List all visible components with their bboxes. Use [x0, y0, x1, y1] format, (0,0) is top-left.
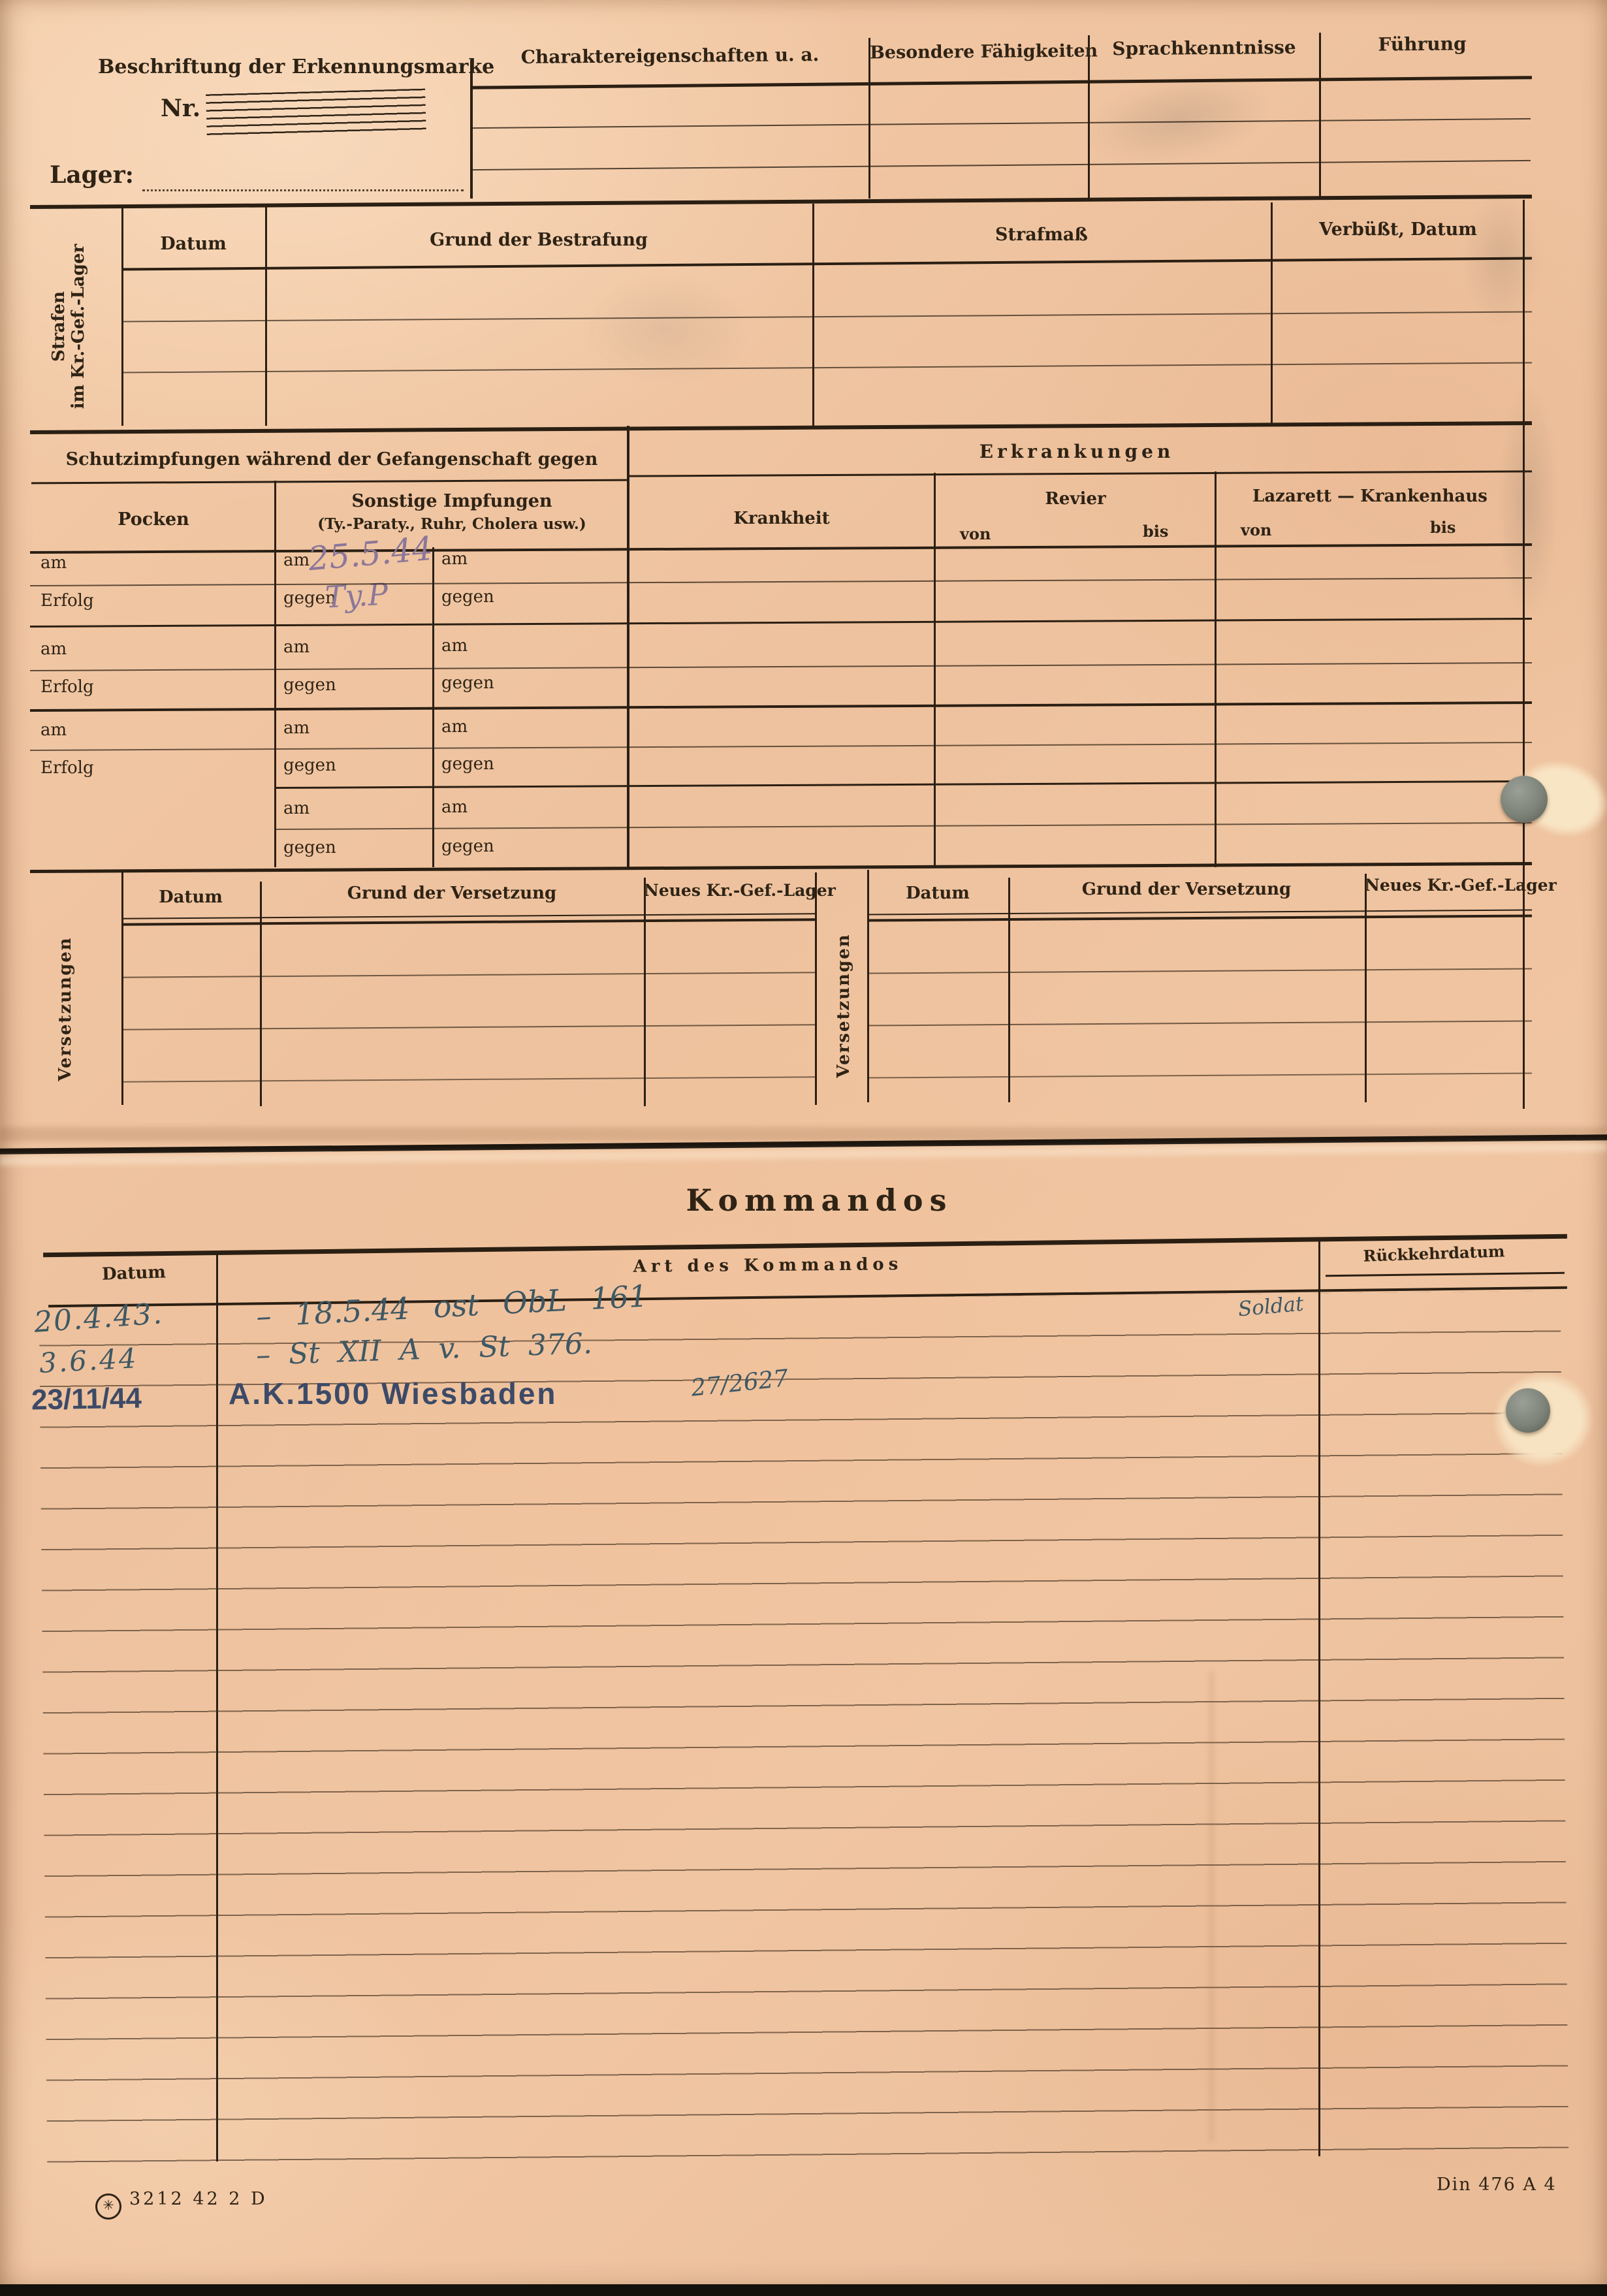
versetzungen-col-datum: Datum [121, 888, 260, 908]
row-line [867, 1020, 1532, 1026]
impfungen-col-sonstige-line2: (Ty.-Paraty., Ruhr, Cholera usw.) [276, 516, 628, 533]
idtag-lager-dotted-line [142, 167, 464, 191]
sonstige1-am-label: am [283, 551, 310, 571]
section-rule [30, 421, 1532, 434]
v-divider [1008, 878, 1010, 1102]
sonstige1-gegen-label: gegen [283, 838, 336, 858]
sonstige2-gegen-label: gegen [441, 674, 494, 694]
h-rule [470, 76, 1532, 89]
versetzungen-col-grund: Grund der Versetzung [260, 884, 644, 904]
versetzungen-col-grund: Grund der Versetzung [1008, 880, 1365, 900]
section-rule [30, 195, 1532, 209]
sonstige2-gegen-label: gegen [441, 755, 494, 774]
kommandos-col-art: Art des Kommandos [217, 1252, 1319, 1281]
sonstige1-am-label: am [283, 719, 310, 739]
row-line [30, 618, 1532, 628]
kommandos-col-rueckkehr: Rückkehrdatum [1320, 1241, 1548, 1267]
lazarett-von-label: von [1241, 521, 1271, 539]
h-rule [121, 918, 816, 925]
row-line [121, 362, 1532, 373]
vaccination-date-entry: 25.5.44 [307, 530, 434, 579]
sonstige2-gegen-label: gegen [441, 837, 494, 857]
pocken-erfolg-label: Erfolg [40, 678, 94, 697]
h-rule [121, 257, 1532, 271]
idtag-lager-label: Lager: [50, 162, 134, 189]
impfungen-col-sonstige-line1: Sonstige Impfungen [276, 491, 628, 511]
pocken-am-label: am [40, 554, 67, 573]
sonstige1-am-label: am [283, 799, 310, 819]
h-rule [30, 543, 1532, 554]
vaccination-against-entry: Ty.P [325, 577, 389, 615]
idtag-title: Beschriftung der Erkennungsmarke [98, 56, 444, 79]
sonstige2-am-label: am [441, 718, 468, 737]
impfungen-title: Schutzimpfungen während der Gefangenscha… [38, 449, 626, 470]
strafen-side-label-line1: Strafen [49, 219, 69, 434]
lazarett-bis-label: bis [1430, 518, 1456, 537]
h-rule [31, 479, 628, 485]
col-charaktereigenschaften: Charaktereigenschaften u. a. [471, 44, 868, 68]
row-line [30, 701, 1532, 712]
strafen-side-label-line2: im Kr.-Gef.-Lager [69, 219, 88, 434]
hole-punch [1506, 1388, 1550, 1433]
v-divider [260, 882, 262, 1106]
row-line [867, 968, 1532, 974]
pow-record-scan: Beschriftung der Erkennungsmarke Nr. Lag… [0, 0, 1607, 2296]
h-rule [627, 470, 1532, 477]
h-rule [471, 160, 1531, 170]
print-code-text: 3212 42 2 D [129, 2189, 268, 2209]
v-divider [1523, 200, 1525, 1109]
versetzungen-side-label: Versetzungen [46, 898, 85, 1120]
revier-bis-label: bis [1143, 522, 1168, 541]
row-line [30, 577, 1532, 586]
din-format-label: Din 476 A 4 [1437, 2175, 1557, 2195]
pocken-erfolg-label: Erfolg [40, 759, 94, 778]
kommandos-title: Kommandos [607, 1183, 1032, 1218]
row-line [121, 311, 1532, 322]
h-rule [867, 914, 1532, 921]
v-divider [1319, 33, 1321, 199]
erkrankungen-col-lazarett: Lazarett — Krankenhaus [1216, 487, 1524, 507]
kommando-entry-art-stamp: A.K.1500 Wiesbaden [229, 1377, 558, 1411]
kommando-entry-datum: 3.6.44 [39, 1343, 139, 1379]
versetzungen-col-neues: Neues Kr.-Gef.-Lager [1365, 876, 1525, 895]
pocken-erfolg-label: Erfolg [40, 592, 94, 611]
v-divider [815, 872, 817, 1105]
h-rule [867, 909, 1532, 915]
revier-von-label: von [960, 525, 991, 543]
versetzungen-side-label: Versetzungen [824, 895, 863, 1117]
v-divider [644, 878, 646, 1106]
strafen-col-strafmass: Strafmaß [812, 225, 1271, 245]
h-rule [471, 118, 1531, 129]
h-rule [121, 913, 816, 919]
row-line [274, 780, 1532, 789]
erkrankungen-col-krankheit: Krankheit [628, 509, 935, 529]
strafen-side-label: Strafen im Kr.-Gef.-Lager [33, 219, 104, 434]
v-divider [470, 60, 473, 199]
sonstige1-gegen-label: gegen [283, 676, 336, 695]
v-divider [934, 473, 936, 867]
sonstige2-am-label: am [441, 550, 468, 569]
v-divider [1365, 874, 1367, 1102]
impfungen-col-pocken: Pocken [31, 509, 276, 530]
v-divider [1215, 471, 1217, 867]
row-line [121, 1076, 816, 1082]
sonstige1-am-label: am [283, 638, 310, 658]
scan-edge-band [0, 2284, 1607, 2296]
row-line [867, 1072, 1532, 1078]
row-line [30, 662, 1532, 671]
strafen-col-grund: Grund der Bestrafung [265, 230, 812, 250]
row-line [121, 972, 816, 978]
col-besondere-faehigkeiten: Besondere Fähigkeiten [870, 41, 1089, 63]
sonstige2-am-label: am [441, 798, 468, 818]
versetzungen-col-neues: Neues Kr.-Gef.-Lager [644, 882, 815, 901]
versetzungen-side-label-text: Versetzungen [834, 895, 853, 1117]
col-sprachkenntnisse: Sprachkenntnisse [1089, 37, 1319, 59]
idtag-nr-label: Nr. [161, 95, 200, 122]
row-line [274, 822, 1532, 830]
sonstige1-gegen-label: gegen [283, 756, 336, 776]
idtag-nr-ruled-field [206, 89, 426, 140]
erkrankungen-title: Erkrankungen [628, 441, 1525, 462]
section-rule [30, 862, 1532, 873]
v-divider [627, 426, 629, 867]
strafen-col-datum: Datum [121, 234, 265, 254]
pocken-am-label: am [40, 640, 67, 660]
kommando-entry-datum-stamp: 23/11/44 [31, 1382, 142, 1418]
paper-crease [1209, 1672, 1214, 2142]
h-rule [1326, 1272, 1565, 1277]
v-divider [867, 870, 869, 1102]
sonstige2-am-label: am [441, 637, 468, 656]
col-fuehrung: Führung [1320, 33, 1524, 56]
row-line [30, 742, 1532, 751]
print-code: ✳3212 42 2 D [95, 2189, 268, 2220]
strafen-col-verbuesst: Verbüßt, Datum [1271, 219, 1525, 240]
print-emblem-icon: ✳ [95, 2193, 121, 2220]
hole-punch [1501, 776, 1548, 823]
v-divider [274, 481, 276, 867]
erkrankungen-col-revier: Revier [935, 490, 1216, 509]
versetzungen-side-label-text: Versetzungen [56, 898, 75, 1120]
kommandos-col-datum: Datum [52, 1262, 216, 1287]
sonstige2-gegen-label: gegen [441, 588, 494, 607]
versetzungen-col-datum: Datum [867, 884, 1008, 904]
row-line [121, 1024, 816, 1030]
kommandos-ruled-rows [39, 1291, 1569, 2167]
pocken-am-label: am [40, 721, 67, 741]
